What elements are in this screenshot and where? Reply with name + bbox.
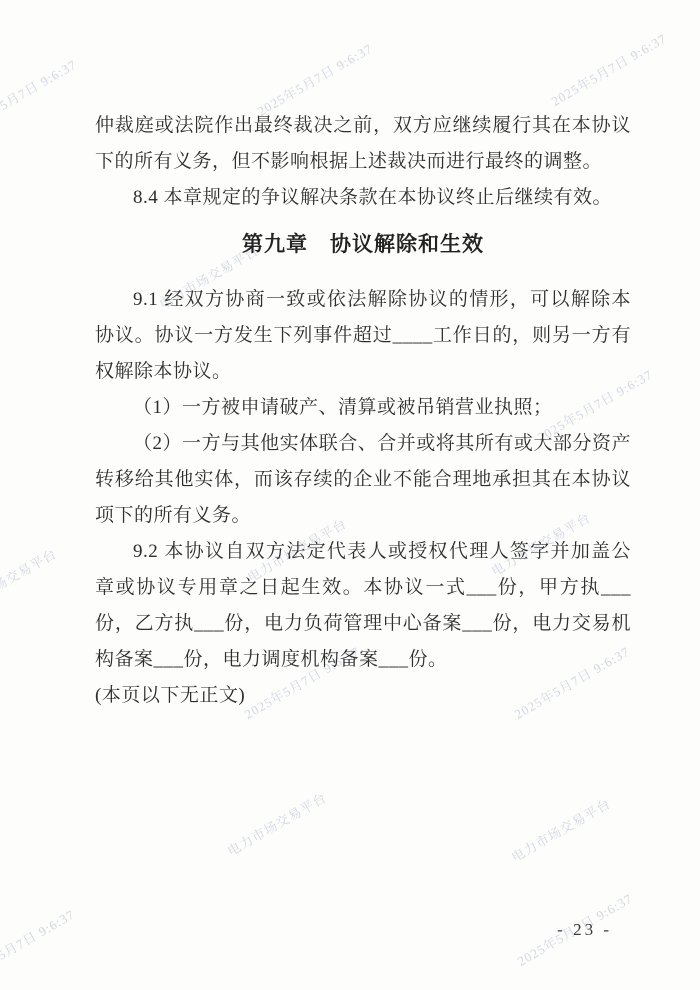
paragraph: （1）一方被申请破产、清算或被吊销营业执照； xyxy=(95,390,631,426)
document-content: 仲裁庭或法院作出最终裁决之前，双方应继续履行其在本协议下的所有义务，但不影响根据… xyxy=(95,108,631,714)
paragraph: （2）一方与其他实体联合、合并或将其所有或大部分资产转移给其他实体，而该存续的企… xyxy=(95,426,631,534)
page-number: - 23 - xyxy=(557,920,612,940)
paragraph: 9.2 本协议自双方法定代表人或授权代理人签字并加盖公章或协议专用章之日起生效。… xyxy=(95,534,631,678)
chapter-title: 第九章 协议解除和生效 xyxy=(95,229,631,259)
watermark-platform-name: 电力市场交易平台 xyxy=(0,543,60,615)
paragraph: (本页以下无正文) xyxy=(95,678,631,714)
watermark-timestamp: 2025年5月7日 9:6:37 xyxy=(0,904,78,986)
document-page: 2025年5月7日 9:6:372025年5月7日 9:6:372025年5月7… xyxy=(0,0,700,990)
watermark-platform-name: 电力市场交易平台 xyxy=(223,787,330,859)
paragraph: 8.4 本章规定的争议解决条款在本协议终止后继续有效。 xyxy=(95,180,631,216)
watermark-timestamp: 2025年5月7日 9:6:37 xyxy=(0,54,80,136)
paragraph: 仲裁庭或法院作出最终裁决之前，双方应继续履行其在本协议下的所有义务，但不影响根据… xyxy=(95,108,631,180)
paragraph: 9.1 经双方协商一致或依法解除协议的情形，可以解除本协议。协议一方发生下列事件… xyxy=(95,282,631,390)
watermark-timestamp: 2025年5月7日 9:6:37 xyxy=(547,28,670,110)
watermark-platform-name: 电力市场交易平台 xyxy=(507,793,614,865)
